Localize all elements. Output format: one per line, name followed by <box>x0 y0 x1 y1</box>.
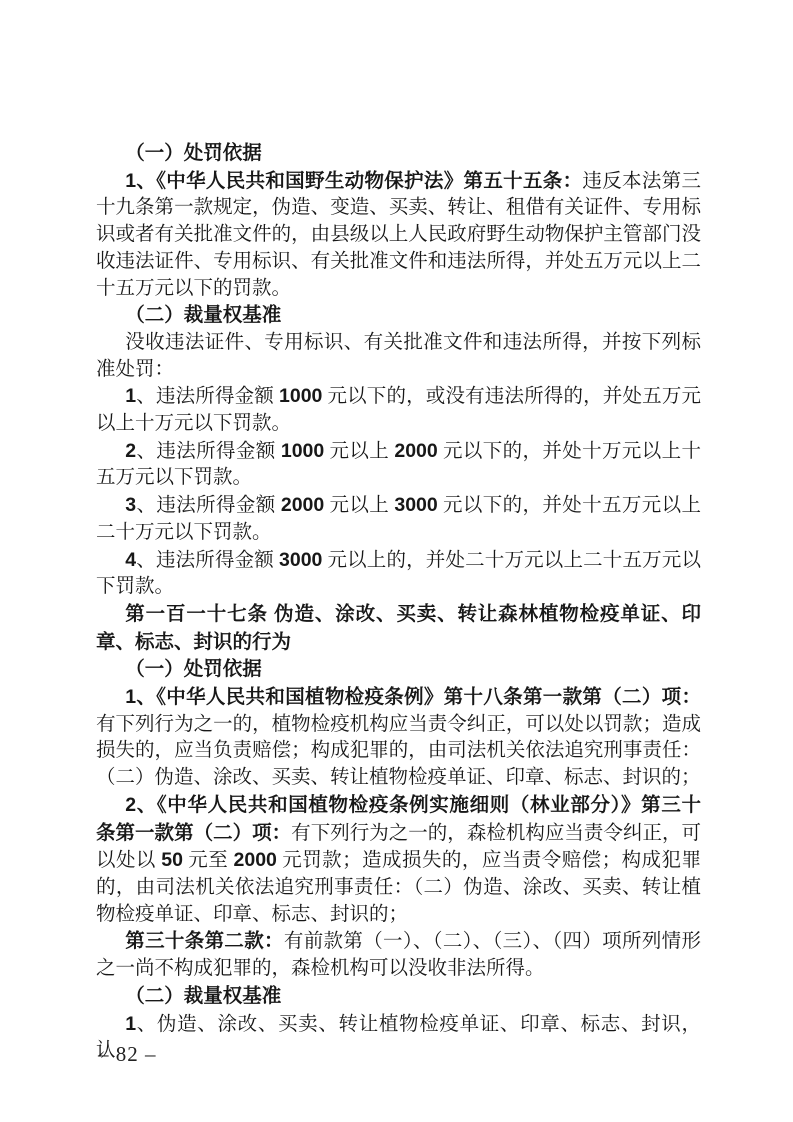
bold-text: 第三十条第二款： <box>125 930 284 952</box>
numeral: 2 <box>125 794 136 816</box>
numeral: 1 <box>125 1013 136 1035</box>
body-text: 1、伪造、涂改、买卖、转让植物检疫单证、印章、标志、封识，认 <box>96 1014 701 1062</box>
article-title: 第一百一十七条 伪造、涂改、买卖、转让森林植物检疫单证、印章、标志、封识的行为 <box>96 601 701 656</box>
paragraph: 第三十条第二款：有前款第（一）、（二）、（三）、（四）项所列情形之一尚不构成犯罪… <box>96 928 701 982</box>
body-text: 有下列行为之一的，植物检疫机构应当责令纠正，可以处以罚款；造成损失的，应当负责赔… <box>96 714 701 788</box>
numeral: 2 <box>125 440 136 462</box>
bold-text: （二）裁量权基准 <box>125 304 281 326</box>
document-page: （一）处罚依据1、《中华人民共和国野生动物保护法》第五十五条：违反本法第三十九条… <box>0 0 793 1122</box>
paragraph: 3、违法所得金额 2000 元以上 3000 元以下的，并处十五万元以上二十万元… <box>96 492 701 546</box>
numeral: 1 <box>125 385 136 407</box>
paragraph: 没收违法证件、专用标识、有关批准文件和违法所得，并按下列标准处罚： <box>96 330 701 383</box>
numeral: 3 <box>125 494 136 516</box>
page-number: – 82 – <box>98 1042 157 1067</box>
paragraph: 1、违法所得金额 1000 元以下的，或没有违法所得的，并处五万元以上十万元以下… <box>96 383 701 437</box>
paragraph: 2、违法所得金额 1000 元以上 2000 元以下的，并处十万元以上十五万元以… <box>96 438 701 492</box>
numeral: 50 <box>161 849 183 871</box>
document-body: （一）处罚依据1、《中华人民共和国野生动物保护法》第五十五条：违反本法第三十九条… <box>96 140 701 1065</box>
numeral: 1000 <box>279 385 322 407</box>
paragraph: 1、《中华人民共和国植物检疫条例》第十八条第一款第（二）项：有下列行为之一的，植… <box>96 684 701 792</box>
numeral: 1 <box>125 686 136 708</box>
bold-text: 1、《中华人民共和国野生动物保护法》第五十五条： <box>125 170 582 192</box>
numeral: 1 <box>125 170 136 192</box>
bold-text: （二）裁量权基准 <box>125 985 281 1007</box>
bold-text: 1、《中华人民共和国植物检疫条例》第十八条第一款第（二）项： <box>125 686 701 708</box>
paragraph: 4、违法所得金额 3000 元以上的，并处二十万元以上二十五万元以下罚款。 <box>96 547 701 601</box>
numeral: 1000 <box>281 440 324 462</box>
numeral: 2000 <box>234 849 277 871</box>
numeral: 4 <box>125 549 136 571</box>
paragraph: 1、伪造、涂改、买卖、转让植物检疫单证、印章、标志、封识，认 <box>96 1011 701 1065</box>
bold-text: 第一百一十七条 伪造、涂改、买卖、转让森林植物检疫单证、印章、标志、封识的行为 <box>96 603 701 653</box>
body-text: 没收违法证件、专用标识、有关批准文件和违法所得，并按下列标准处罚： <box>96 332 701 380</box>
body-text: 3、违法所得金额 2000 元以上 3000 元以下的，并处十五万元以上二十万元… <box>96 495 701 543</box>
numeral: 2000 <box>394 440 437 462</box>
body-text: 2、违法所得金额 1000 元以上 2000 元以下的，并处十万元以上十五万元以… <box>96 441 701 489</box>
numeral: 3000 <box>279 549 322 571</box>
body-text: 4、违法所得金额 3000 元以上的，并处二十万元以上二十五万元以下罚款。 <box>96 550 701 598</box>
body-text: 1、违法所得金额 1000 元以下的，或没有违法所得的，并处五万元以上十万元以下… <box>96 386 701 434</box>
heading: （一）处罚依据 <box>96 656 701 684</box>
heading: （二）裁量权基准 <box>96 302 701 330</box>
heading: （一）处罚依据 <box>96 140 701 168</box>
heading: （二）裁量权基准 <box>96 983 701 1011</box>
paragraph: 2、《中华人民共和国植物检疫条例实施细则（林业部分）》第三十条第一款第（二）项：… <box>96 792 701 929</box>
numeral: 2000 <box>281 494 324 516</box>
numeral: 3000 <box>394 494 437 516</box>
bold-text: （一）处罚依据 <box>125 658 262 680</box>
paragraph: 1、《中华人民共和国野生动物保护法》第五十五条：违反本法第三十九条第一款规定，伪… <box>96 168 701 303</box>
bold-text: （一）处罚依据 <box>125 142 262 164</box>
